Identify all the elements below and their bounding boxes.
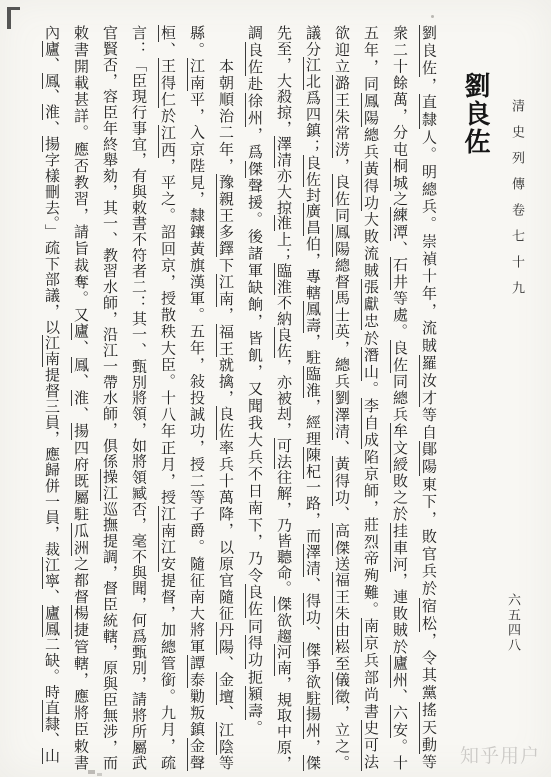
proper-name-mark: 廬州 xyxy=(390,655,407,688)
proper-name-mark: 徐州 xyxy=(245,93,262,127)
proper-name-mark: 黃得功 xyxy=(361,161,378,212)
proper-name-mark: 良佐 xyxy=(245,42,262,76)
proper-name-mark: 江西 xyxy=(158,125,175,158)
proper-name-mark: 金壇 xyxy=(216,672,233,705)
proper-name-mark: 良佐 xyxy=(303,155,320,187)
proper-name-mark: 臨淮 xyxy=(274,263,291,295)
proper-name-mark: 傑 xyxy=(245,161,262,178)
scan-artifact-corner xyxy=(7,7,20,29)
proper-name-mark: 廣昌 xyxy=(303,203,320,235)
proper-name-mark: 壽 xyxy=(245,703,262,720)
text-column: 調良佐赴徐州，爲傑聲援。後諸軍缺餉，皆飢，又聞我大兵不日南下，乃令良佐同得功扼潁… xyxy=(239,25,268,773)
proper-name-mark: 潞王朱常淓 xyxy=(332,75,349,158)
proper-name-mark: 挂車河 xyxy=(390,523,407,573)
proper-name-mark: 澤清 xyxy=(274,136,291,168)
text-column: 欲迎立潞王朱常淓，良佐同鳳陽總督馬士英，總兵劉澤清、黃得功、高傑送福王朱由崧至儀… xyxy=(326,25,355,773)
proper-name-mark: 江北 xyxy=(303,57,320,89)
proper-name-mark: 桐城 xyxy=(390,158,407,191)
proper-name-mark: 江南 xyxy=(187,58,204,91)
proper-name-mark: 鳳陽 xyxy=(332,224,349,257)
proper-name-mark: 張獻忠 xyxy=(361,279,378,330)
proper-name-mark: 揚 xyxy=(71,423,88,440)
biography-title: 劉良佐 xyxy=(458,72,492,156)
proper-name-mark: 澤清 xyxy=(303,544,320,576)
proper-name-mark: 廬 xyxy=(42,41,59,57)
proper-name-mark: 良佐 xyxy=(216,406,233,439)
text-column: 衆二十餘萬，分屯桐城之練潭、石井等處。良佐同總兵牟文綬敗之於挂車河，連敗賊於廬州… xyxy=(384,25,413,773)
text-column: 縣。江南平，入京陛見，隸鑲黃旗漢軍。五年，敍投誠功，授二等子爵。隨征南大將軍譚泰… xyxy=(181,25,210,773)
text-column: 本朝順治二年，豫親王多鐸下江南，福王就擒，良佐率兵十萬降，以原官隨征丹陽、金壇、… xyxy=(210,25,239,773)
proper-name-mark: 傑 xyxy=(303,642,320,658)
proper-name-mark: 可法 xyxy=(274,438,291,470)
text-column: 劉良佐，直隸人。明總兵。崇禎十年，流賊羅汝才等自鄖陽東下，敗官兵於宿松，令其黨搖… xyxy=(413,25,442,773)
text-body: 劉良佐，直隸人。明總兵。崇禎十年，流賊羅汝才等自鄖陽東下，敗官兵於宿松，令其黨搖… xyxy=(36,25,442,773)
proper-name-mark: 劉良佐 xyxy=(419,25,436,77)
proper-name-mark: 良佐 xyxy=(245,584,262,618)
proper-name-mark: 潛山 xyxy=(361,347,378,381)
proper-name-mark: 鳳壽 xyxy=(303,301,320,333)
proper-name-mark: 瓜洲 xyxy=(71,523,88,556)
proper-name-mark: 淮 xyxy=(71,390,88,407)
scan-artifact-speck xyxy=(88,770,95,774)
proper-name-mark: 譚泰 xyxy=(187,655,204,688)
proper-name-mark: 直隸 xyxy=(42,700,59,732)
proper-name-mark: 淮 xyxy=(42,104,59,120)
proper-name-mark: 馬士英 xyxy=(332,290,349,340)
text-column: 議分江北爲四鎮；良佐封廣昌伯，專轄鳳壽，駐臨淮，經理陳杞一路，而澤清、得功、傑爭… xyxy=(297,25,326,773)
volume-header: 清史列傳卷七十九 xyxy=(508,99,526,307)
proper-name-mark: 宿松 xyxy=(419,598,436,633)
proper-name-mark: 李自成 xyxy=(361,398,378,449)
proper-name-mark: 江陰 xyxy=(216,722,233,755)
scan-artifact-dot xyxy=(431,15,434,18)
proper-name-mark: 陳杞 xyxy=(303,447,320,479)
proper-name-mark: 羅汝才 xyxy=(419,355,436,407)
proper-name-mark: 臨淮 xyxy=(303,366,320,398)
proper-name-mark: 得功 xyxy=(245,635,262,669)
book-page: 清史列傳卷七十九 劉良佐 劉良佐，直隸人。明總兵。崇禎十年，流賊羅汝才等自鄖陽東… xyxy=(0,0,551,777)
proper-name-mark: 史可法 xyxy=(361,720,378,771)
proper-name-mark: 六安 xyxy=(390,705,407,738)
proper-name-mark: 河南 xyxy=(274,644,291,676)
proper-name-mark: 練潭 xyxy=(390,207,407,240)
scan-artifact-speck xyxy=(97,773,102,776)
proper-name-mark: 廬鳳 xyxy=(42,605,59,637)
proper-name-mark: 鳳 xyxy=(42,73,59,89)
proper-name-mark: 傑 xyxy=(274,596,291,612)
proper-name-mark: 廬 xyxy=(71,323,88,340)
proper-name-mark: 得功 xyxy=(303,593,320,625)
text-column: 官賢否，容臣年終舉劾，其一、教習水師，沿江一帶水師，俱係操江巡撫提調，督臣統轄，… xyxy=(94,25,123,773)
text-column: 先至，大殺掠，澤清亦大掠淮上；臨淮不納良佐，亦被刦，可法往解，乃皆聽命。傑欲趨河… xyxy=(268,25,297,773)
proper-name-mark: 江寧 xyxy=(42,557,59,589)
text-column: 五年，同鳳陽總兵黃得功大敗流賊張獻忠於潛山。李自成陷京師，莊烈帝殉難。南京兵部尚… xyxy=(355,25,384,773)
text-column: 言：「臣現行事宜，有與敕書不符者二：其一、甄別將領，如將領臧否，毫不與聞，何爲甄… xyxy=(123,25,152,773)
proper-name-mark: 淮 xyxy=(274,215,291,231)
text-column: 桓、王得仁於江西，平之。詔回京，授散秩大臣。十八年正月，授江南江安提督，加總管銜… xyxy=(152,25,181,773)
proper-name-mark: 福王 xyxy=(216,324,233,357)
proper-name-mark: 江南 xyxy=(216,274,233,307)
proper-name-mark: 桓 xyxy=(158,25,175,42)
proper-name-mark: 劉澤清 xyxy=(332,390,349,440)
proper-name-mark: 潁 xyxy=(245,686,262,703)
proper-name-mark: 良佐 xyxy=(390,340,407,373)
proper-name-mark: 王得仁 xyxy=(158,58,175,108)
proper-name-mark: 牟文綬 xyxy=(390,423,407,473)
text-column: 敕書開載甚詳。應否教習，請旨裁奪。又廬、鳳、淮、揚四府既屬駐瓜洲之都督楊捷管轄，… xyxy=(65,25,94,773)
proper-name-mark: 黃得功 xyxy=(332,456,349,506)
proper-name-mark: 石井 xyxy=(390,257,407,290)
proper-name-mark: 豫親王多鐸 xyxy=(216,174,233,257)
proper-name-mark: 福王朱由崧 xyxy=(332,572,349,655)
proper-name-mark: 揚 xyxy=(42,136,59,152)
proper-name-mark: 金聲 xyxy=(187,738,204,771)
proper-name-mark: 高傑 xyxy=(332,523,349,556)
proper-name-mark: 操江 xyxy=(100,469,117,501)
page-number: 六五四八 xyxy=(504,593,522,653)
text-column: 內廬、鳳、淮、揚字樣刪去。」疏下部議，以江南提督三員，應歸併一員，裁江寧、廬鳳二… xyxy=(36,25,65,773)
proper-name-mark: 江南 xyxy=(158,506,175,539)
proper-name-mark: 鳳 xyxy=(71,357,88,374)
proper-name-mark: 鳳陽 xyxy=(361,93,378,127)
proper-name-mark: 良佐 xyxy=(332,174,349,207)
proper-name-mark: 江南 xyxy=(42,335,59,367)
watermark: 知乎用户 xyxy=(460,741,540,768)
proper-name-mark: 良佐 xyxy=(274,327,291,359)
proper-name-mark: 鄖陽 xyxy=(419,441,436,476)
proper-name-mark: 南京 xyxy=(361,618,378,652)
proper-name-mark: 丹陽 xyxy=(216,622,233,655)
proper-name-mark: 山 xyxy=(42,748,59,764)
proper-name-mark: 楊捷 xyxy=(71,605,88,638)
proper-name-mark: 揚州 xyxy=(303,706,320,738)
proper-name-mark: 傑 xyxy=(303,755,320,771)
proper-name-mark: 江安 xyxy=(158,539,175,572)
proper-name-mark: 儀徵 xyxy=(332,672,349,705)
proper-name-mark: 搖天動 xyxy=(419,702,436,754)
proper-name-mark: 直隸 xyxy=(419,94,436,129)
